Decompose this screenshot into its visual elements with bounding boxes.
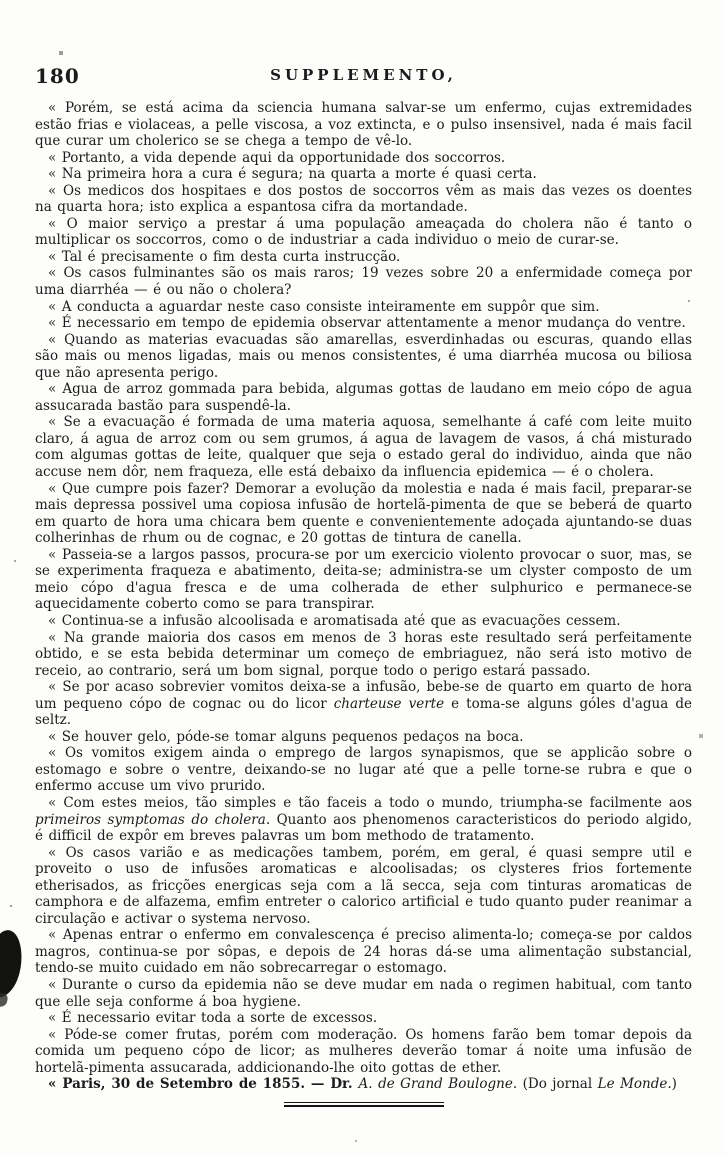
italic-phrase: charteuse verte: [334, 696, 444, 712]
paragraph: « Os vomitos exigem ainda o emprego de l…: [35, 745, 692, 795]
ink-blot-artifact: [0, 928, 26, 1000]
paragraph-text: « Se a evacuação é formada de uma materi…: [35, 414, 692, 480]
paragraph: « É necessario evitar toda a sorte de ex…: [35, 1010, 692, 1027]
paragraph-text: « Na primeira hora a cura é segura; na q…: [48, 166, 537, 182]
paragraph-text: « Tal é precisamente o fim desta curta i…: [48, 249, 400, 265]
paragraph-text: « O maior serviço a prestar á uma popula…: [35, 216, 692, 249]
paragraph-text: « Portanto, a vida depende aqui da oppor…: [48, 150, 505, 166]
paragraph: « Tal é precisamente o fim desta curta i…: [35, 249, 692, 266]
paragraph-text: « Agua de arroz gommada para bebida, alg…: [35, 381, 692, 414]
paragraph: « Agua de arroz gommada para bebida, alg…: [35, 381, 692, 414]
paragraph: « É necessario em tempo de epidemia obse…: [35, 315, 692, 332]
paragraph: « Póde-se comer frutas, porém com modera…: [35, 1027, 692, 1077]
paragraph-text: « Se houver gelo, póde-se tomar alguns p…: [48, 729, 523, 745]
paragraph-text: « Continua-se a infusão alcoolisada e ar…: [48, 613, 621, 629]
scanned-book-page: 180 SUPPLEMENTO, « Porém, se está acima …: [0, 0, 725, 1156]
source-text: ): [672, 1076, 677, 1092]
paragraph: « Que cumpre pois fazer? Demorar a evolu…: [35, 481, 692, 547]
source-text: (Do jornal: [517, 1076, 598, 1092]
paragraph-text: « A conducta a aguardar neste caso consi…: [48, 299, 600, 315]
paragraph: « Se por acaso sobrevier vomitos deixa-s…: [35, 679, 692, 729]
paragraph-text: « Com estes meios, tão simples e tão fac…: [48, 795, 692, 811]
paragraph-text: « Os medicos dos hospitaes e dos postos …: [35, 183, 692, 216]
paragraph: « Se a evacuação é formada de uma materi…: [35, 414, 692, 480]
paragraph: « Portanto, a vida depende aqui da oppor…: [35, 150, 692, 167]
paragraph: « A conducta a aguardar neste caso consi…: [35, 299, 692, 316]
paragraph: « Porém, se está acima da sciencia human…: [35, 100, 692, 150]
paragraph-text: « É necessario em tempo de epidemia obse…: [48, 315, 686, 331]
paragraph: « Na grande maioria dos casos em menos d…: [35, 630, 692, 680]
paragraph: « Na primeira hora a cura é segura; na q…: [35, 166, 692, 183]
italic-phrase: primeiros symptomas do cholera: [35, 812, 266, 828]
paragraph-text: « Durante o curso da epidemia não se dev…: [35, 977, 692, 1010]
journal-name: Le Monde.: [598, 1076, 672, 1092]
paragraph: « Continua-se a infusão alcoolisada e ar…: [35, 613, 692, 630]
paragraph: « Passeia-se a largos passos, procura-se…: [35, 547, 692, 613]
paragraph: « Os medicos dos hospitaes e dos postos …: [35, 183, 692, 216]
paragraph-text: « Os casos varião e as medicações tambem…: [35, 845, 692, 927]
paragraph-text: « Passeia-se a largos passos, procura-se…: [35, 547, 692, 613]
paragraph-text: « Porém, se está acima da sciencia human…: [35, 100, 692, 149]
section-end-rule: [284, 1102, 444, 1107]
paragraph: « Com estes meios, tão simples e tão fac…: [35, 795, 692, 845]
page-header: 180 SUPPLEMENTO,: [35, 64, 692, 90]
paragraph: « Durante o curso da epidemia não se dev…: [35, 977, 692, 1010]
paragraph-text: « Que cumpre pois fazer? Demorar a evolu…: [35, 481, 692, 547]
paragraph-text: « Apenas entrar o enfermo em convalescen…: [35, 927, 692, 976]
paragraph-text: « É necessario evitar toda a sorte de ex…: [48, 1010, 377, 1026]
paragraph-text: « Quando as materias evacuadas são amare…: [35, 332, 692, 381]
article-body: « Porém, se está acima da sciencia human…: [35, 100, 692, 1093]
running-head-title: SUPPLEMENTO,: [35, 66, 692, 84]
paragraph-text: « Na grande maioria dos casos em menos d…: [35, 630, 692, 679]
paragraph: « Os casos varião e as medicações tambem…: [35, 845, 692, 928]
paragraph-text: « Os casos fulminantes são os mais raros…: [35, 265, 692, 298]
scan-noise-speckles: [0, 0, 2, 2]
paragraph signature-line: « Paris, 30 de Setembro de 1855. — Dr. A…: [35, 1076, 692, 1093]
paragraph: « Os casos fulminantes são os mais raros…: [35, 265, 692, 298]
paragraph: « Se houver gelo, póde-se tomar alguns p…: [35, 729, 692, 746]
paragraph: « O maior serviço a prestar á uma popula…: [35, 216, 692, 249]
author-name: A. de Grand Boulogne.: [359, 1076, 518, 1092]
paragraph: « Quando as materias evacuadas são amare…: [35, 332, 692, 382]
paragraph-text: « Póde-se comer frutas, porém com modera…: [35, 1027, 692, 1076]
paragraph: « Apenas entrar o enfermo em convalescen…: [35, 927, 692, 977]
dateline-text: « Paris, 30 de Setembro de 1855. — Dr.: [48, 1076, 359, 1092]
paragraph-text: « Os vomitos exigem ainda o emprego de l…: [35, 745, 692, 794]
